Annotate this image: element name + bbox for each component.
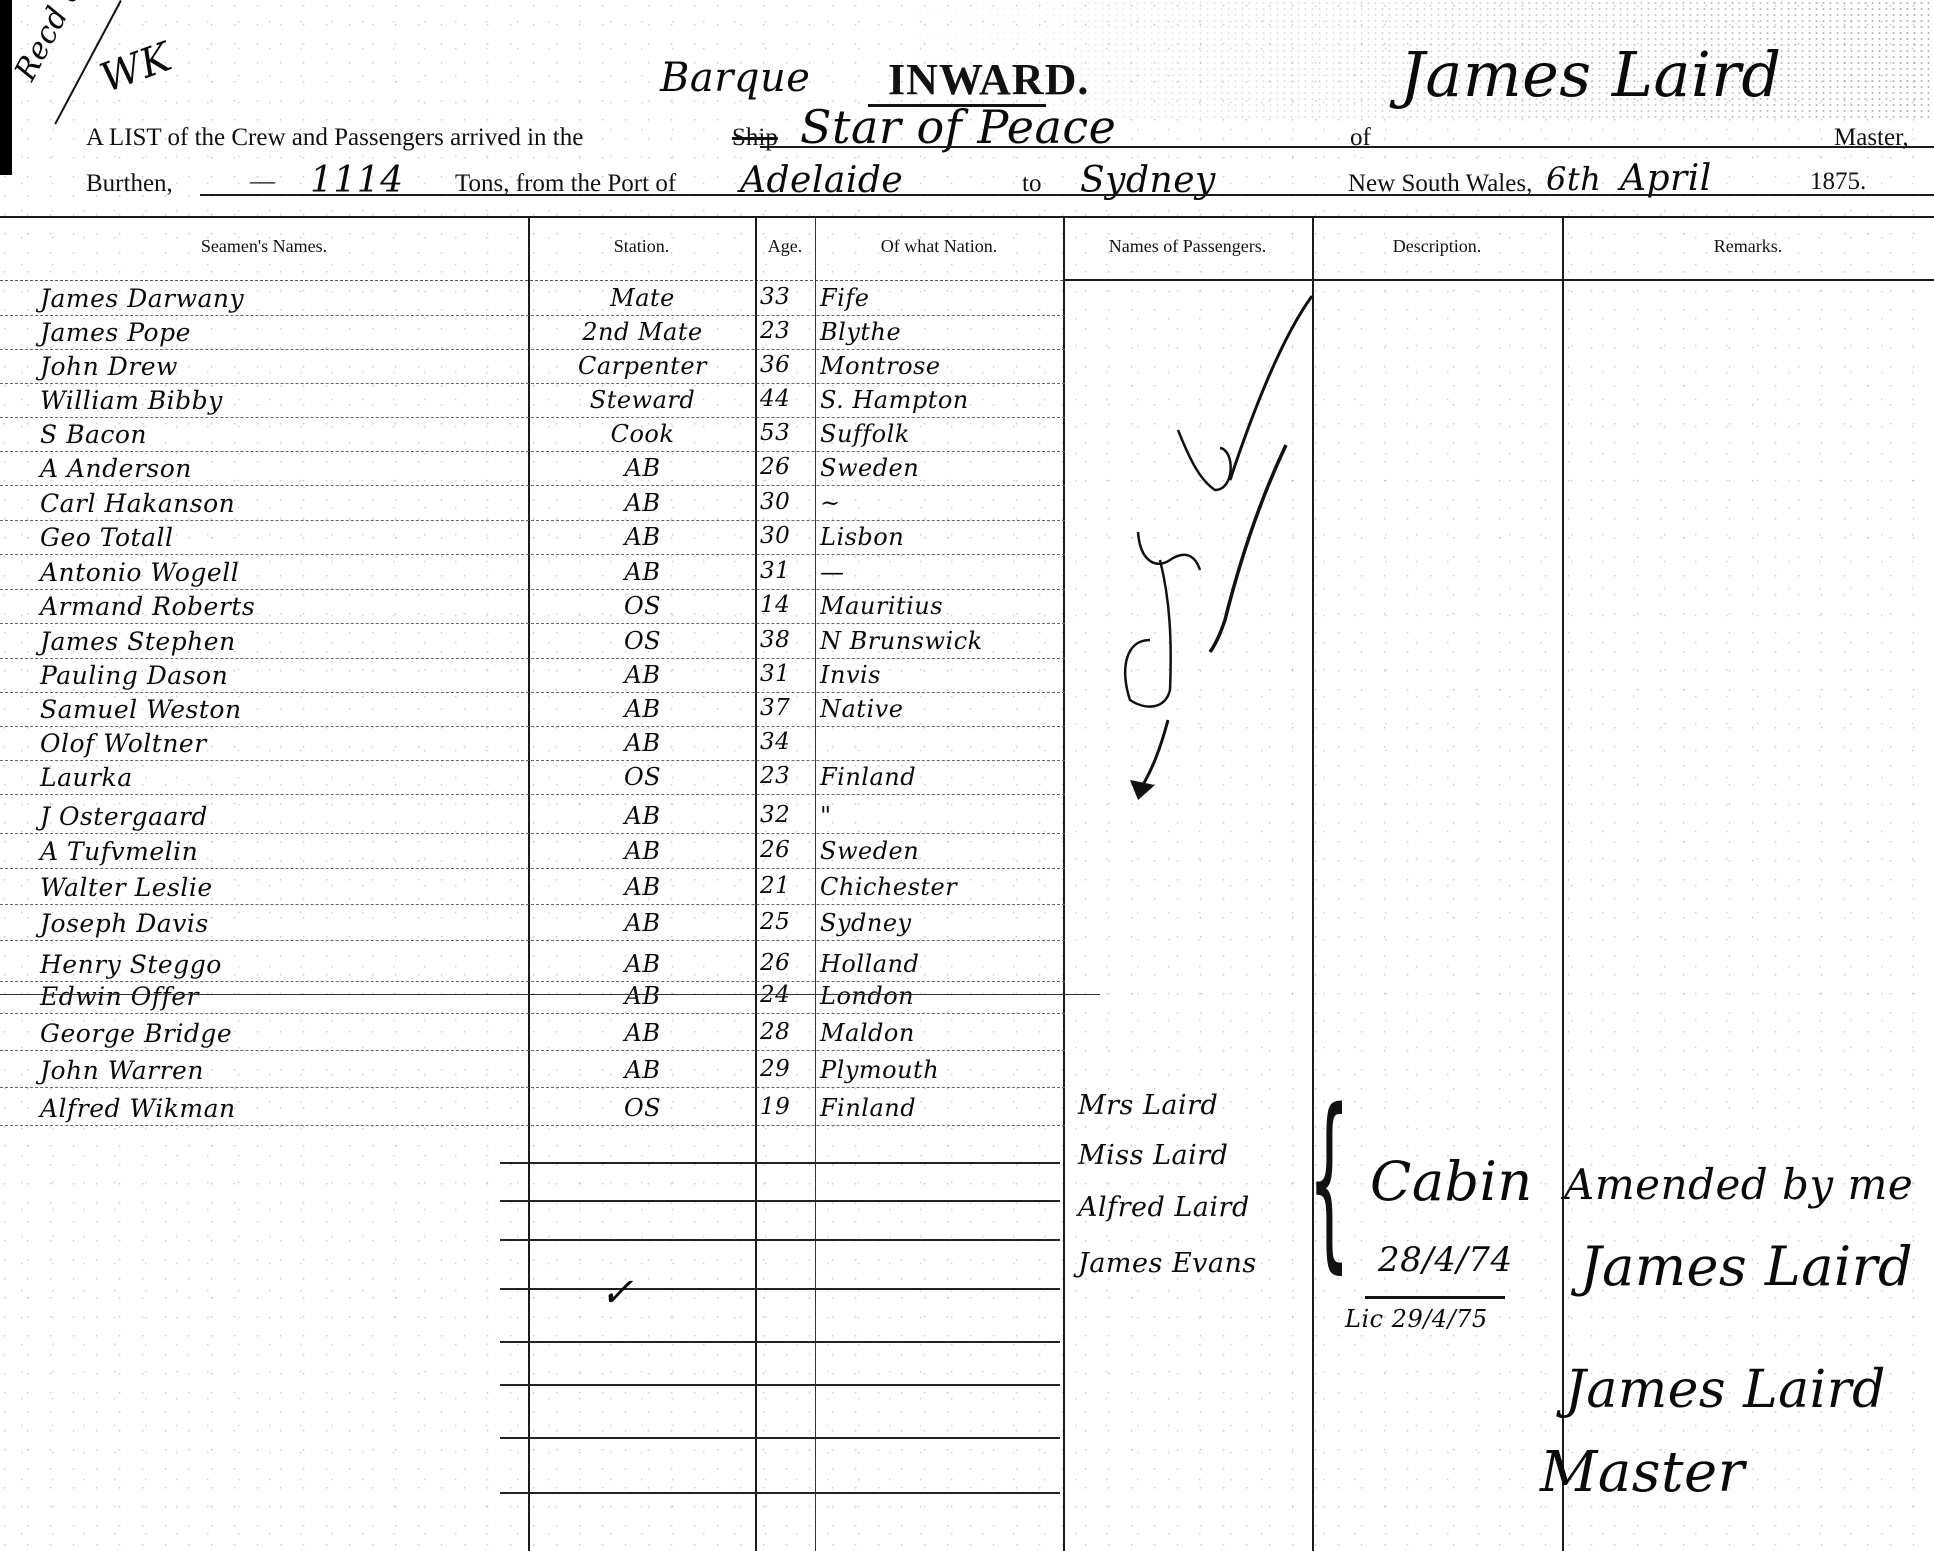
crew-station: OS — [530, 763, 755, 791]
crew-station: Mate — [530, 284, 755, 312]
crew-age: 29 — [760, 1056, 812, 1082]
crew-nation: S. Hampton — [820, 386, 969, 414]
crew-name: Alfred Wikman — [40, 1094, 236, 1123]
crew-station: AB — [530, 982, 755, 1010]
date-month: April — [1620, 158, 1712, 199]
col-header-description: Description. — [1312, 236, 1562, 257]
crew-name: George Bridge — [40, 1019, 232, 1048]
station-tick-mark: ✓ — [600, 1270, 634, 1316]
crew-nation: ~ — [820, 489, 841, 517]
crew-row: Alfred WikmanOS19Finland — [0, 1092, 1065, 1126]
crew-name: James Darwany — [40, 284, 244, 313]
crew-station: AB — [530, 837, 755, 865]
crew-name: Geo Totall — [40, 523, 174, 552]
crew-name: A Anderson — [40, 454, 192, 483]
blank-ledger-rule — [500, 1239, 1060, 1241]
crew-name: S Bacon — [40, 420, 147, 449]
crew-name: Antonio Wogell — [40, 558, 239, 587]
crew-row: James Pope2nd Mate23Blythe — [0, 316, 1065, 350]
crew-nation: Suffolk — [820, 420, 910, 448]
passenger-name: James Evans — [1078, 1248, 1257, 1279]
crew-station: AB — [530, 802, 755, 830]
crew-station: AB — [530, 661, 755, 689]
vessel-type: Barque — [660, 55, 810, 101]
crew-age: 30 — [760, 523, 812, 549]
crew-row: Henry SteggoAB26Holland — [0, 948, 1065, 982]
crew-row: S BaconCook53Suffolk — [0, 418, 1065, 452]
crew-age: 26 — [760, 454, 812, 480]
crew-row: Pauling DasonAB31Invis — [0, 659, 1065, 693]
crew-name: James Stephen — [40, 627, 236, 656]
col-header-seamen-names: Seamen's Names. — [0, 236, 528, 257]
crew-name: Joseph Davis — [40, 909, 209, 938]
blank-ledger-rule — [500, 1162, 1060, 1164]
crew-station: OS — [530, 592, 755, 620]
crew-name: Henry Steggo — [40, 950, 222, 979]
crew-name: James Pope — [40, 318, 191, 347]
crew-nation: Sydney — [820, 909, 912, 937]
passenger-name: Miss Laird — [1078, 1140, 1228, 1171]
date-day: 6th — [1546, 160, 1601, 198]
crew-station: AB — [530, 1019, 755, 1047]
crew-nation: Finland — [820, 763, 916, 791]
date-year: 1875. — [1810, 168, 1866, 196]
crew-nation: Maldon — [820, 1019, 915, 1047]
crew-station: OS — [530, 1094, 755, 1122]
crew-nation: Native — [820, 695, 903, 723]
crew-row: Geo TotallAB30Lisbon — [0, 521, 1065, 555]
crew-nation: " — [820, 802, 832, 830]
crew-nation: Mauritius — [820, 592, 943, 620]
crew-station: Steward — [530, 386, 755, 414]
crew-age: 36 — [760, 352, 812, 378]
mid-table-rule — [0, 994, 1100, 995]
crew-station: OS — [530, 627, 755, 655]
col-header-nation: Of what Nation. — [815, 236, 1063, 257]
crew-age: 53 — [760, 420, 812, 446]
crew-age: 19 — [760, 1094, 812, 1120]
crew-nation: Chichester — [820, 873, 957, 901]
crew-nation: — — [820, 558, 845, 586]
crew-nation: Lisbon — [820, 523, 904, 551]
crew-row: Antonio WogellAB31— — [0, 556, 1065, 590]
blank-ledger-rule — [500, 1288, 1060, 1290]
burthen-dash: — — [250, 168, 275, 196]
crew-nation: London — [820, 982, 914, 1010]
crew-name: A Tufvmelin — [40, 837, 198, 866]
crew-station: AB — [530, 1056, 755, 1084]
crew-station: AB — [530, 909, 755, 937]
col-divider-remarks — [1562, 218, 1564, 1551]
crew-age: 30 — [760, 489, 812, 515]
crew-name: Laurka — [40, 763, 133, 792]
remarks-amended: Amended by me — [1564, 1160, 1913, 1209]
crew-station: AB — [530, 729, 755, 757]
crew-nation: Holland — [820, 950, 919, 978]
line2-rule — [200, 194, 1934, 196]
crew-station: AB — [530, 454, 755, 482]
crew-age: 31 — [760, 661, 812, 687]
crew-row: Samuel WestonAB37Native — [0, 693, 1065, 727]
crew-row: Carl HakansonAB30~ — [0, 487, 1065, 521]
crew-age: 14 — [760, 592, 812, 618]
crew-age: 33 — [760, 284, 812, 310]
crew-name: Armand Roberts — [40, 592, 255, 621]
crew-row: J OstergaardAB32" — [0, 800, 1065, 834]
crew-name: Walter Leslie — [40, 873, 213, 902]
crew-row: James StephenOS38N Brunswick — [0, 625, 1065, 659]
crew-name: William Bibby — [40, 386, 223, 415]
margin-initials: WK — [94, 34, 177, 102]
col-header-remarks: Remarks. — [1562, 236, 1934, 257]
crew-row: A TufvmelinAB26Sweden — [0, 835, 1065, 869]
crew-name: John Warren — [40, 1056, 204, 1085]
crew-row: James DarwanyMate33Fife — [0, 282, 1065, 316]
table-top-rule — [0, 216, 1934, 218]
crew-station: AB — [530, 873, 755, 901]
crew-nation: Sweden — [820, 837, 919, 865]
crew-name: Carl Hakanson — [40, 489, 235, 518]
crew-row: Armand RobertsOS14Mauritius — [0, 590, 1065, 624]
crew-nation: Blythe — [820, 318, 901, 346]
crew-nation: N Brunswick — [820, 627, 983, 655]
crew-station: AB — [530, 950, 755, 978]
col-header-age: Age. — [755, 236, 815, 257]
blank-ledger-rule — [500, 1200, 1060, 1202]
form-title: INWARD. — [888, 54, 1089, 105]
crew-name: Olof Woltner — [40, 729, 207, 758]
crew-age: 38 — [760, 627, 812, 653]
header-bottom-rule-left — [0, 280, 1063, 281]
master-signature-title: Master — [1540, 1440, 1745, 1505]
crew-nation: Invis — [820, 661, 881, 689]
blank-ledger-rule — [500, 1437, 1060, 1439]
crew-age: 28 — [760, 1019, 812, 1045]
crew-age: 34 — [760, 729, 812, 755]
blank-ledger-rule — [500, 1341, 1060, 1343]
crew-age: 24 — [760, 982, 812, 1008]
crew-row: Edwin OfferAB24London — [0, 980, 1065, 1014]
crew-nation: Plymouth — [820, 1056, 939, 1084]
crew-name: Pauling Dason — [40, 661, 228, 690]
crew-station: 2nd Mate — [530, 318, 755, 346]
passenger-name: Alfred Laird — [1078, 1192, 1250, 1223]
passenger-name: Mrs Laird — [1078, 1090, 1218, 1121]
crew-age: 26 — [760, 837, 812, 863]
crew-nation: Fife — [820, 284, 869, 312]
crew-age: 23 — [760, 318, 812, 344]
description-class: Cabin — [1370, 1150, 1533, 1213]
crew-row: William BibbySteward44S. Hampton — [0, 384, 1065, 418]
master-signature: James Laird — [1565, 1360, 1886, 1420]
master-name: James Laird — [1400, 38, 1782, 111]
crew-station: Cook — [530, 420, 755, 448]
crew-age: 21 — [760, 873, 812, 899]
crew-station: AB — [530, 558, 755, 586]
crew-age: 44 — [760, 386, 812, 412]
crew-nation: Finland — [820, 1094, 916, 1122]
crew-station: Carpenter — [530, 352, 755, 380]
blank-ledger-rule — [500, 1492, 1060, 1494]
remarks-amended-by: James Laird — [1580, 1235, 1913, 1298]
crew-row: A AndersonAB26Sweden — [0, 452, 1065, 486]
crew-age: 31 — [760, 558, 812, 584]
description-date: 28/4/74 — [1378, 1240, 1513, 1280]
col-header-passenger-names: Names of Passengers. — [1063, 236, 1312, 257]
col-header-station: Station. — [528, 236, 755, 257]
crew-row: George BridgeAB28Maldon — [0, 1017, 1065, 1051]
description-note: Lic 29/4/75 — [1345, 1305, 1488, 1333]
crew-row: John WarrenAB29Plymouth — [0, 1054, 1065, 1088]
crew-station: AB — [530, 695, 755, 723]
crew-nation: Sweden — [820, 454, 919, 482]
crew-row: LaurkaOS23Finland — [0, 761, 1065, 795]
burthen-label: Burthen, — [86, 170, 173, 198]
crew-age: 26 — [760, 950, 812, 976]
crew-name: Edwin Offer — [40, 982, 199, 1011]
crew-age: 37 — [760, 695, 812, 721]
crew-name: Samuel Weston — [40, 695, 242, 724]
crew-station: AB — [530, 523, 755, 551]
nil-flourish — [1060, 280, 1320, 1080]
crew-row: Walter LeslieAB21Chichester — [0, 871, 1065, 905]
list-heading: A LIST of the Crew and Passengers arrive… — [86, 124, 583, 152]
crew-station: AB — [530, 489, 755, 517]
crew-age: 23 — [760, 763, 812, 789]
crew-age: 32 — [760, 802, 812, 828]
passenger-group-brace: { — [1308, 1085, 1350, 1275]
scan-edge — [0, 0, 12, 175]
crew-row: Olof WoltnerAB34 — [0, 727, 1065, 761]
description-date-underline — [1365, 1296, 1505, 1299]
crew-age: 25 — [760, 909, 812, 935]
crew-row: Joseph DavisAB25Sydney — [0, 907, 1065, 941]
crew-name: John Drew — [40, 352, 178, 381]
crew-name: J Ostergaard — [40, 802, 208, 831]
crew-row: John DrewCarpenter36Montrose — [0, 350, 1065, 384]
line1-rule — [760, 146, 1934, 148]
crew-nation: Montrose — [820, 352, 941, 380]
blank-ledger-rule — [500, 1384, 1060, 1386]
